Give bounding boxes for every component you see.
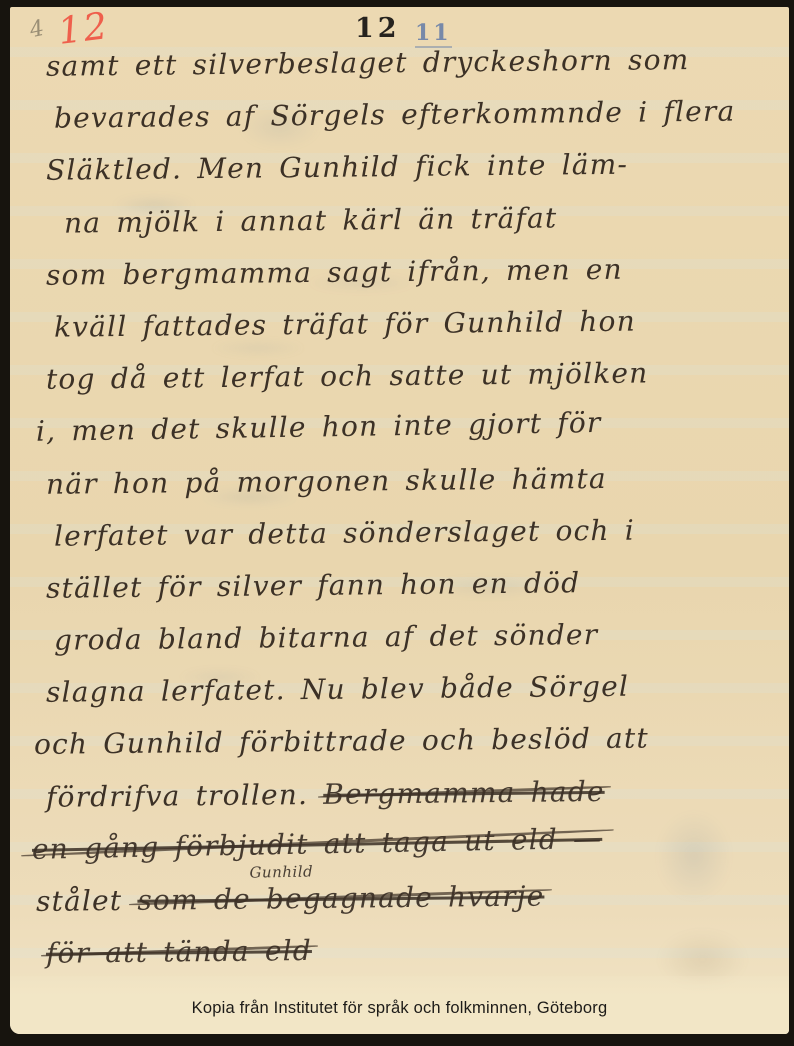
line-text: kväll fattades träfat för Gunhild hon (54, 305, 636, 344)
manuscript-paper: 4 12 12 11 samt ett silverbeslaget dryck… (10, 7, 789, 1034)
manuscript-line: slagna lerfatet. Nu blev både Sörgel (24, 659, 784, 719)
manuscript-line: Släktled. Men Gunhild fick inte läm- (24, 137, 784, 197)
struck-text: som de begagnade hvarje (137, 871, 545, 927)
line-text: na mjölk i annat kärl än träfat (64, 201, 558, 239)
manuscript-line: lerfatet var detta sönderslaget och i (24, 503, 784, 563)
line-text: Släktled. Men Gunhild fick inte läm- (46, 148, 628, 187)
struck-text: en gång förbjudit att taga ut eld — (31, 813, 602, 876)
line-text: bevarades af Sörgels efterkommnde i fler… (54, 95, 736, 135)
manuscript-line: för att tända eld (24, 920, 784, 980)
archive-caption-band: Kopia från Institutet för språk och folk… (10, 976, 789, 1034)
manuscript-line: i, men det skulle hon inte gjort för (24, 394, 784, 458)
manuscript-line: stället för silver fann hon en död (24, 555, 784, 615)
manuscript-line: groda bland bitarna af det sönder (24, 607, 784, 667)
manuscript-line: samt ett silverbeslaget dryckeshorn som (24, 33, 784, 93)
line-text: groda bland bitarna af det sönder (54, 618, 599, 657)
manuscript-line: som bergmamma sagt ifrån, men en (24, 242, 784, 302)
archive-caption: Kopia från Institutet för språk och folk… (10, 999, 789, 1018)
line-text: tog då ett lerfat och satte ut mjölken (46, 357, 649, 396)
line-text: lerfatet var detta sönderslaget och i (54, 513, 635, 552)
struck-text: Bergmamma hade (323, 766, 605, 821)
line-text: stället för silver fann hon en död (46, 566, 581, 605)
manuscript-line: och Gunhild förbittrade och beslöd att (24, 711, 784, 771)
struck-text: för att tända eld (46, 925, 312, 980)
manuscript-line: kväll fattades träfat för Gunhild hon (24, 294, 784, 354)
pencil-page-number: 4 (28, 16, 47, 43)
manuscript-line: na mjölk i annat kärl än träfat (24, 190, 784, 250)
line-text: stålet (36, 884, 138, 918)
manuscript-body: samt ett silverbeslaget dryckeshorn som … (24, 41, 783, 980)
line-text: slagna lerfatet. Nu blev både Sörgel (46, 670, 629, 709)
line-text: i, men det skulle hon inte gjort för (36, 406, 602, 448)
line-text: och Gunhild förbittrade och beslöd att (34, 722, 649, 761)
line-text: när hon på morgonen skulle hämta (46, 461, 607, 500)
manuscript-line: stålet som de begagnade hvarje (24, 868, 784, 928)
scanned-page: 4 12 12 11 samt ett silverbeslaget dryck… (0, 0, 794, 1046)
line-text: fördrifva trollen. (46, 777, 324, 813)
line-text: samt ett silverbeslaget dryckeshorn som (46, 43, 690, 83)
line-text: som bergmamma sagt ifrån, men en (46, 252, 623, 291)
manuscript-line: när hon på morgonen skulle hämta (24, 451, 784, 511)
manuscript-line: bevarades af Sörgels efterkommnde i fler… (24, 85, 784, 145)
